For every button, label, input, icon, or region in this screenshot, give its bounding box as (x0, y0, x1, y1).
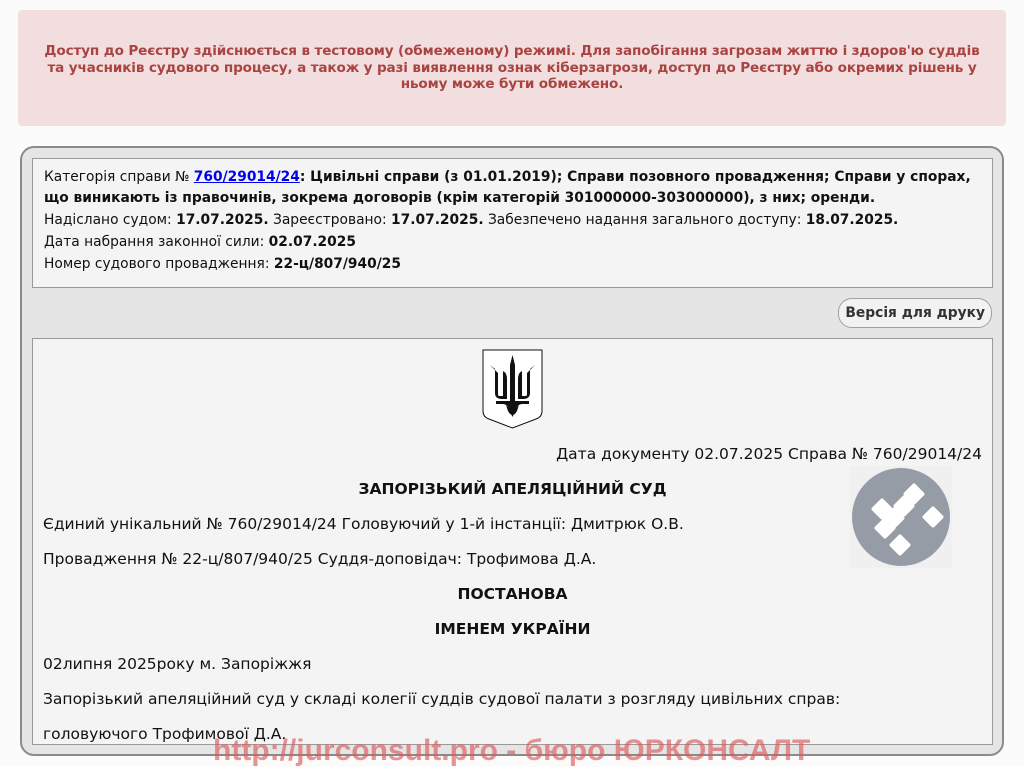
sent-value: 17.07.2025. (176, 212, 269, 228)
case-number-link[interactable]: 760/29014/24 (194, 169, 300, 185)
puzzle-app-icon (850, 466, 952, 568)
registered-value: 17.07.2025. (391, 212, 484, 228)
force-value: 02.07.2025 (269, 234, 356, 250)
ukraine-coat-of-arms-icon (482, 349, 543, 429)
watermark-text: http://jurconsult.pro - бюро ЮРКОНСАЛТ (213, 734, 810, 767)
force-label: Дата набрання законної сили: (44, 234, 269, 250)
access-warning-alert: Доступ до Реєстру здійснюється в тестово… (18, 10, 1006, 126)
legal-force-row: Дата набрання законної сили: 02.07.2025 (44, 231, 981, 253)
proceeding-label: Номер судового провадження: (44, 256, 274, 272)
place-date-line: 02липня 2025року м. Запоріжжя (43, 655, 311, 673)
access-label: Забезпечено надання загального доступу: (484, 212, 806, 228)
print-version-button[interactable]: Версія для друку (838, 298, 992, 328)
in-name-of-ukraine: ІМЕНЕМ УКРАЇНИ (33, 620, 992, 638)
document-container: Категорія справи № 760/29014/24: Цивільн… (20, 146, 1004, 756)
category-label: Категорія справи № (44, 169, 194, 185)
dates-row: Надіслано судом: 17.07.2025. Зареєстрова… (44, 209, 981, 231)
proceeding-value: 22-ц/807/940/25 (274, 256, 401, 272)
case-info-panel: Категорія справи № 760/29014/24: Цивільн… (32, 158, 993, 288)
unique-number-line: Єдиний унікальний № 760/29014/24 Головую… (43, 515, 684, 533)
proceeding-row: Номер судового провадження: 22-ц/807/940… (44, 253, 981, 275)
panel-line: Запорізький апеляційний суд у складі кол… (43, 690, 840, 708)
document-body: Дата документу 02.07.2025 Справа № 760/2… (32, 338, 993, 745)
case-category: Категорія справи № 760/29014/24: Цивільн… (44, 167, 981, 209)
document-date-line: Дата документу 02.07.2025 Справа № 760/2… (556, 445, 982, 463)
document-type: ПОСТАНОВА (33, 585, 992, 603)
floating-app-widget[interactable] (850, 466, 952, 568)
court-name: ЗАПОРІЗЬКИЙ АПЕЛЯЦІЙНИЙ СУД (33, 480, 992, 498)
access-value: 18.07.2025. (806, 212, 899, 228)
alert-text: Доступ до Реєстру здійснюється в тестово… (34, 43, 990, 93)
sent-label: Надіслано судом: (44, 212, 176, 228)
proceeding-line: Провадження № 22-ц/807/940/25 Суддя-допо… (43, 550, 596, 568)
registered-label: Зареєстровано: (269, 212, 391, 228)
